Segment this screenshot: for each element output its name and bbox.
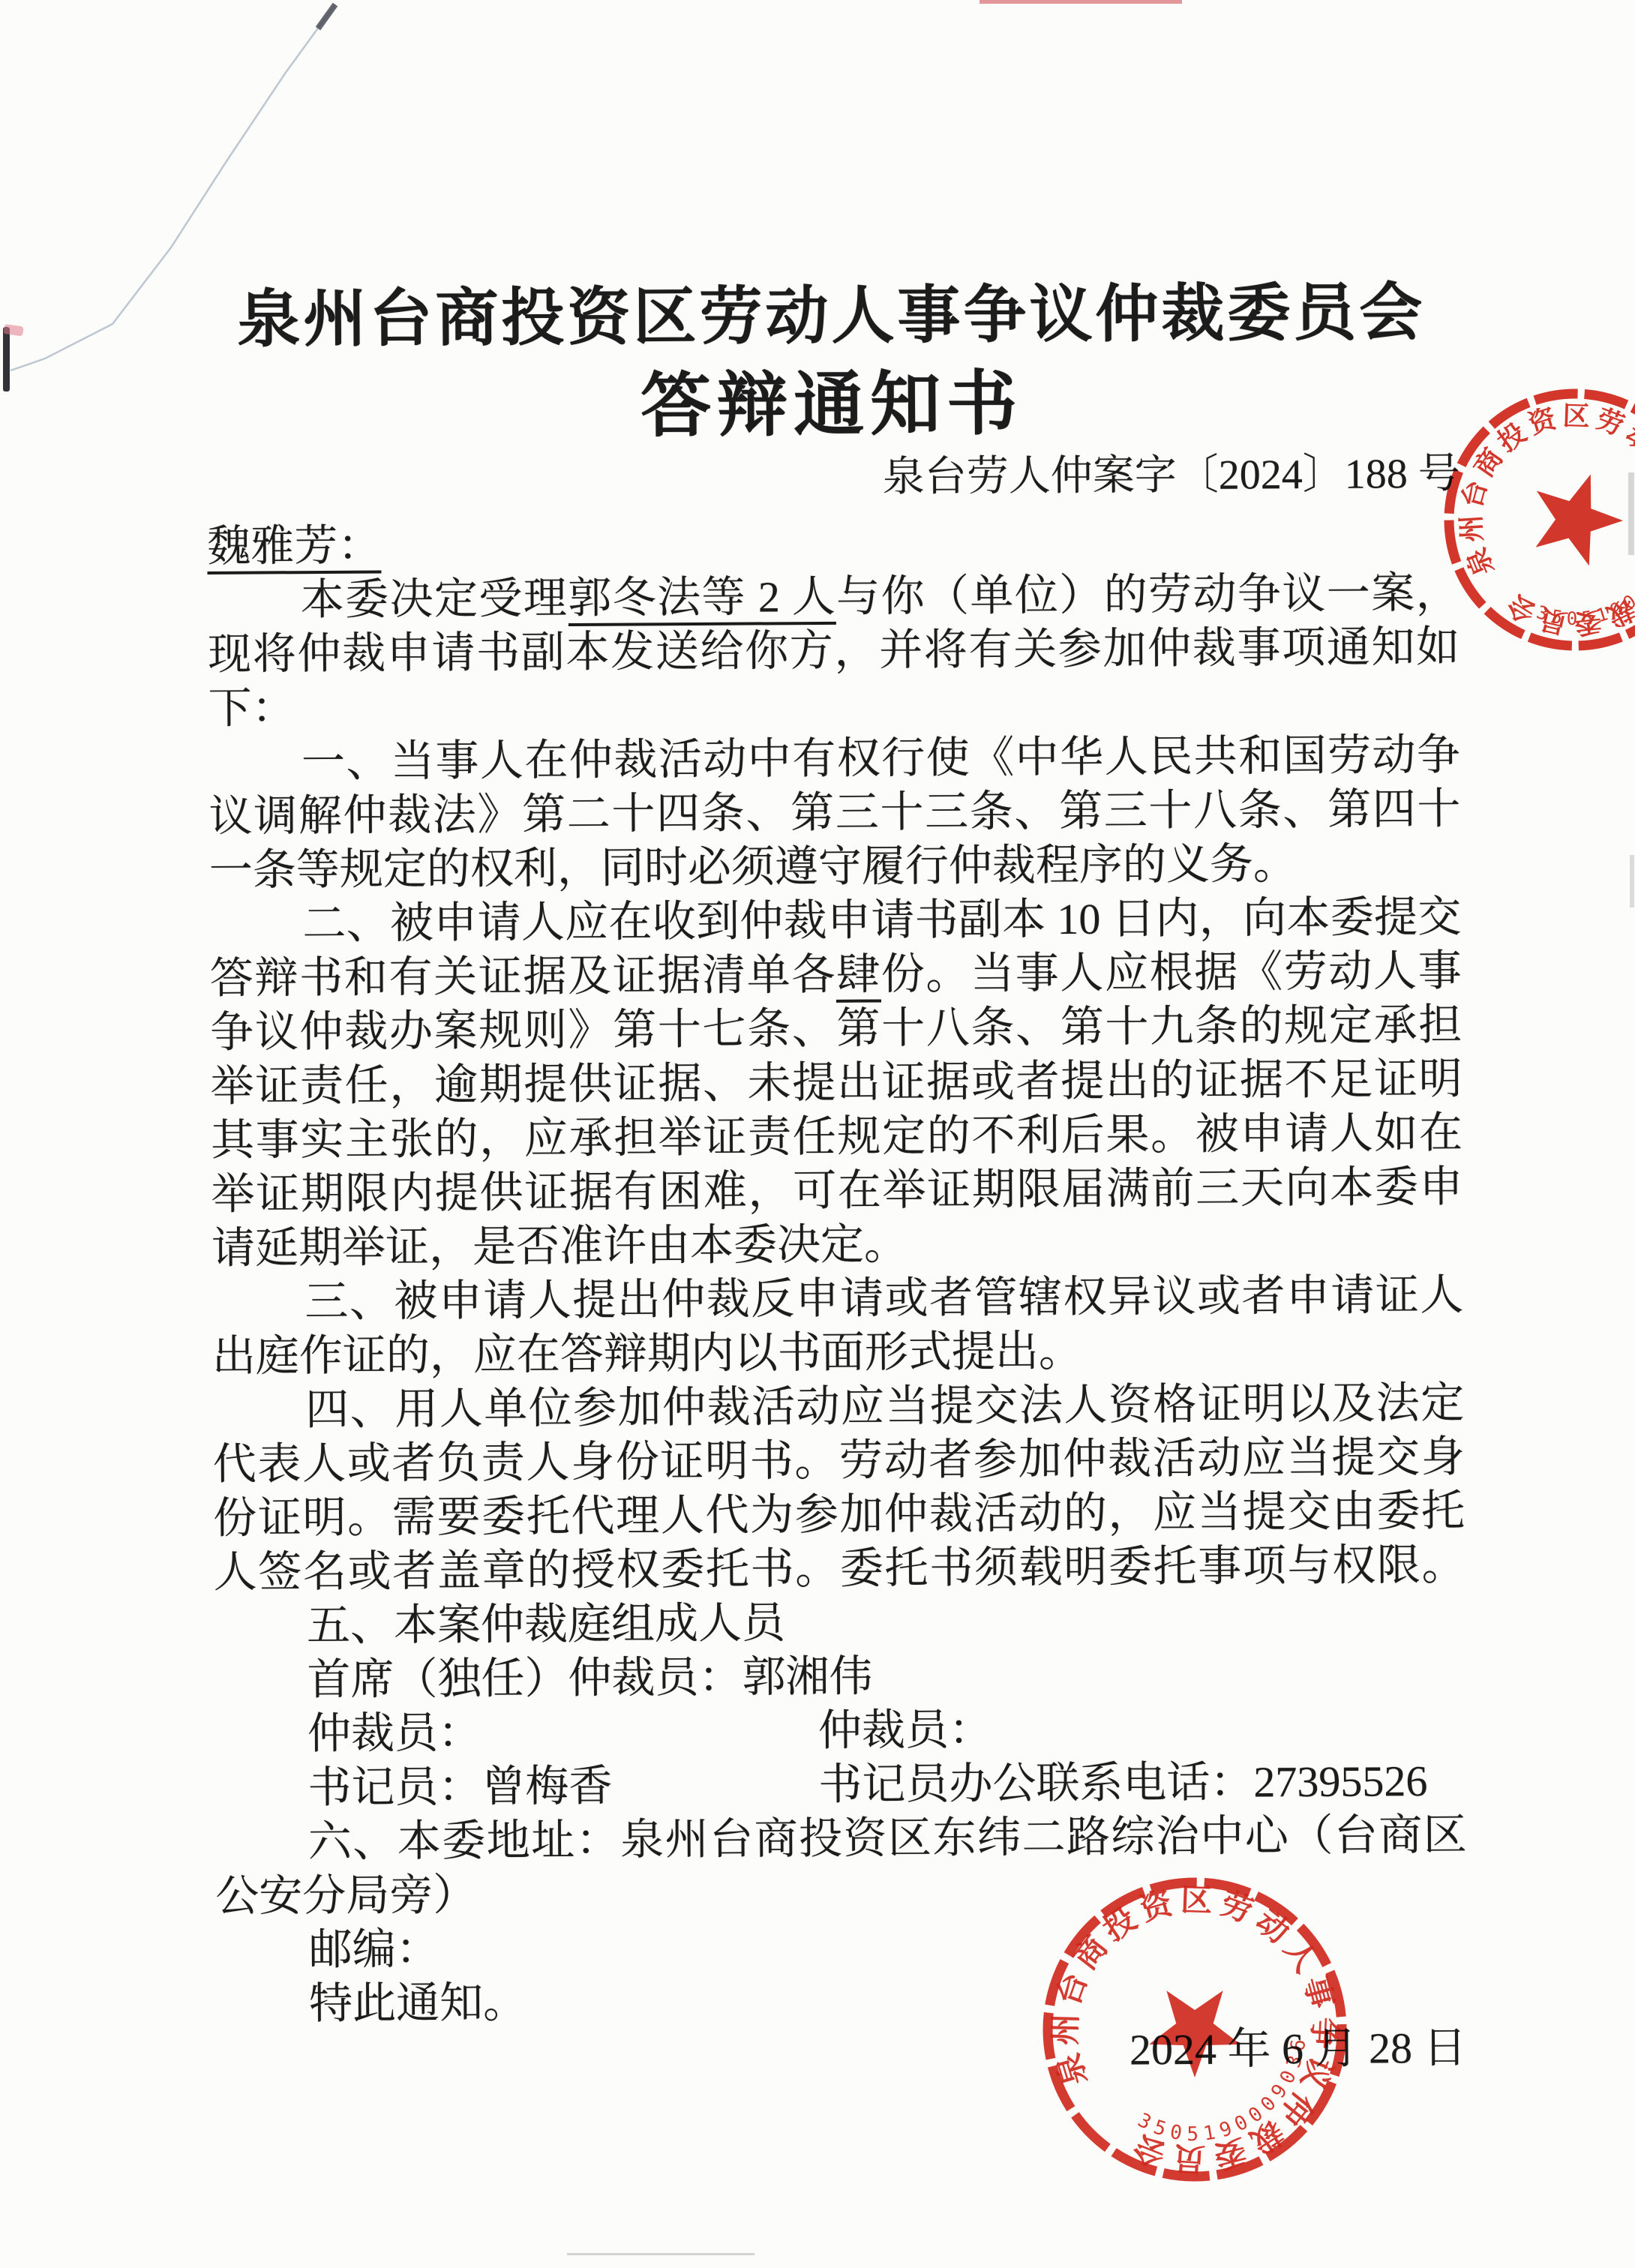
text-segment: 现将仲裁申请书副本发送给你方，并将有关参加仲裁事项通知如 (208, 622, 1459, 679)
blank-gap (613, 1798, 819, 1801)
underlined-text: 郭冬法等 2 人 (568, 572, 836, 626)
scanned-notice-page: 泉州台商投资区劳动人事争议仲裁委员会 3505190009036 泉州台商投资区… (0, 0, 1635, 2268)
text-segment: 人签名或者盖章的授权委托书。委托书须载明委托事项与权限。 (213, 1540, 1465, 1597)
official-seal-top-right: 泉州台商投资区劳动人事争议仲裁委员会 3505190009036 (1429, 343, 1635, 711)
text-segment: 下： (208, 683, 295, 733)
seal-star-icon (1509, 454, 1633, 580)
text-line: 三、被申请人提出仲裁反申请或者管辖权异议或者申请证人 (211, 1268, 1463, 1330)
text-segment: 一条等规定的权利，同时必须遵守履行仲裁程序的义务。 (209, 839, 1297, 895)
text-segment: 一、当事人在仲裁活动中有权行使《中华人民共和国劳动争 (301, 730, 1460, 786)
document-title: 答辩通知书 (205, 358, 1459, 454)
text-segment: 三、被申请人提出仲裁反申请或者管辖权异议或者申请证人 (304, 1270, 1463, 1326)
text-line: 一、当事人在仲裁活动中有权行使《中华人民共和国劳动争 (208, 728, 1460, 790)
text-line: 议调解仲裁法》第二十四条、第三十三条、第三十八条、第四十 (208, 782, 1460, 844)
text-line: 举证期限内提供证据有困难，可在举证期限届满前三天向本委申 (211, 1160, 1462, 1222)
text-segment: 本委决定受理 (301, 574, 568, 624)
text-segment: 答辩书和有关证据及证据清单各 (210, 950, 837, 1003)
text-segment: 仲裁员： (818, 1705, 992, 1755)
text-segment: 请延期举证，是否准许由本委决定。 (211, 1219, 907, 1273)
text-segment: 五、本案仲裁庭组成人员 (307, 1598, 785, 1650)
seal-star-icon (1129, 1963, 1255, 2087)
text-segment: 议调解仲裁法》第二十四条、第三十三条、第三十八条、第四十 (208, 784, 1460, 841)
document-lines: 魏雅芳：本委决定受理郭冬法等 2 人与你（单位）的劳动争议一案，现将仲裁申请书副… (207, 512, 1468, 2032)
org-title: 泉州台商投资区劳动人事争议仲裁委员会 (205, 272, 1458, 362)
text-segment: 争议仲裁办案规则》第十七条、第十八条、第十九条的规定承担 (210, 1000, 1462, 1057)
text-line: 其事实主张的，应承担举证责任规定的不利后果。被申请人如在 (211, 1106, 1462, 1168)
text-line: 人签名或者盖章的授权委托书。委托书须载明委托事项与权限。 (213, 1538, 1465, 1600)
text-segment: 份。当事人应根据《劳动人事 (881, 946, 1462, 999)
text-segment: 二、被申请人应在收到仲裁申请书副本 10 日内，向本委提交 (302, 892, 1461, 948)
text-segment: 举证责任，逾期提供证据、未提出证据或者提出的证据不足证明 (210, 1054, 1462, 1111)
text-line: 本委决定受理郭冬法等 2 人与你（单位）的劳动争议一案， (207, 566, 1459, 628)
text-segment: 出庭作证的，应在答辩期内以书面形式提出。 (212, 1327, 1082, 1381)
text-line: 举证责任，逾期提供证据、未提出证据或者提出的证据不足证明 (210, 1052, 1462, 1114)
text-line: 代表人或者负责人身份证明书。劳动者参加仲裁活动应当提交身 (213, 1430, 1465, 1492)
blank-gap (481, 1744, 818, 1747)
text-segment: 与你（单位）的劳动争议一案， (836, 568, 1459, 621)
text-line: 仲裁员：仲裁员： (214, 1700, 1466, 1762)
text-line: 首席（独任）仲裁员：郭湘伟 (214, 1646, 1465, 1708)
text-line: 份证明。需要委托代理人代为参加仲裁活动的，应当提交由委托 (213, 1484, 1465, 1546)
text-line: 一条等规定的权利，同时必须遵守履行仲裁程序的义务。 (209, 836, 1461, 898)
text-line: 四、用人单位参加仲裁活动应当提交法人资格证明以及法定 (212, 1376, 1464, 1438)
text-line: 二、被申请人应在收到仲裁申请书副本 10 日内，向本委提交 (209, 890, 1461, 952)
text-segment: 份证明。需要委托代理人代为参加仲裁活动的，应当提交由委托 (213, 1486, 1465, 1543)
text-segment: 其事实主张的，应承担举证责任规定的不利后果。被申请人如在 (211, 1108, 1462, 1165)
text-line: 答辩书和有关证据及证据清单各肆份。当事人应根据《劳动人事 (210, 944, 1462, 1006)
text-segment: 举证期限内提供证据有困难，可在举证期限届满前三天向本委申 (211, 1162, 1462, 1219)
text-line: 出庭作证的，应在答辩期内以书面形式提出。 (212, 1322, 1464, 1384)
underlined-text: 肆 (836, 949, 881, 1002)
text-line: 魏雅芳： (207, 512, 1459, 574)
document-body: 泉州台商投资区劳动人事争议仲裁委员会 答辩通知书 泉台劳人仲案字〔2024〕18… (0, 0, 1635, 2268)
official-seal-bottom: 泉州台商投资区劳动人事争议仲裁委员会 3505190009036 (1022, 1857, 1367, 2202)
text-line: 书记员：曾梅香书记员办公联系电话：27395526 (214, 1754, 1466, 1816)
text-line: 请延期举证，是否准许由本委决定。 (211, 1214, 1463, 1276)
text-segment: 书记员办公联系电话：27395526 (818, 1756, 1427, 1809)
underlined-text: 魏雅芳： (207, 521, 381, 574)
text-line: 现将仲裁申请书副本发送给你方，并将有关参加仲裁事项通知如 (208, 620, 1459, 682)
text-segment: 首席（独任）仲裁员：郭湘伟 (307, 1652, 872, 1705)
case-number: 泉台劳人仲案字〔2024〕188 号 (883, 448, 1460, 504)
text-segment: 特此通知。 (309, 1978, 526, 2028)
text-segment: 代表人或者负责人身份证明书。劳动者参加仲裁活动应当提交身 (213, 1432, 1465, 1489)
text-line: 下： (208, 674, 1459, 736)
text-segment: 四、用人单位参加仲裁活动应当提交法人资格证明以及法定 (305, 1378, 1464, 1434)
text-segment: 邮编： (309, 1924, 439, 1974)
text-line: 五、本案仲裁庭组成人员 (214, 1592, 1465, 1654)
text-segment: 公安分局旁） (215, 1870, 476, 1921)
text-segment: 书记员：曾梅香 (307, 1762, 612, 1812)
text-segment: 仲裁员： (307, 1708, 481, 1758)
text-line: 争议仲裁办案规则》第十七条、第十八条、第十九条的规定承担 (210, 998, 1462, 1060)
